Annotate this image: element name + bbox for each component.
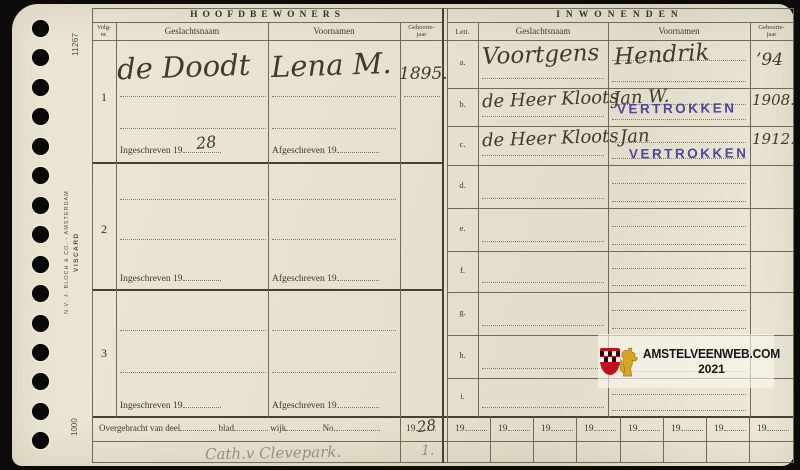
vertrokken-stamp-c: VERTROKKEN	[629, 145, 749, 161]
inw-firstnames-c: Jan	[619, 125, 650, 148]
dotted-guide-line	[612, 81, 746, 82]
grid-line	[490, 417, 491, 463]
entry-firstnames-1: Lena M.	[270, 46, 392, 84]
dotted-leader	[551, 422, 573, 431]
dotted-guide-line	[482, 116, 604, 117]
footer-year-value: 28	[416, 416, 437, 436]
col-header-birthyear-right: Geboorte- jaar	[750, 24, 793, 38]
watermark-text: AMSTELVEENWEB.COM 2021	[640, 347, 783, 376]
dotted-leader	[180, 422, 216, 431]
dotted-guide-line	[612, 119, 746, 120]
year-cell-text: 19	[671, 424, 681, 434]
lett-e: e.	[447, 223, 478, 233]
afgeschreven-text-3: Afgeschreven 19	[272, 401, 337, 411]
ingeschreven-text-1: Ingeschreven 19	[120, 146, 183, 156]
grid-line	[533, 417, 534, 463]
punch-hole	[32, 256, 49, 273]
col-header-surname-left: Geslachtsnaam	[116, 26, 268, 36]
dotted-guide-line	[272, 128, 396, 129]
watermark-year: 2021	[640, 362, 783, 376]
year-cell-8: 19	[757, 422, 789, 434]
dotted-guide-line	[120, 128, 266, 129]
volgnr-3: 3	[92, 346, 116, 361]
lett-g: g.	[447, 307, 478, 317]
col-header-birthyear-left: Geboorte- jaar	[400, 24, 443, 38]
dotted-guide-line	[482, 241, 604, 242]
dotted-guide-line	[612, 244, 746, 245]
col-header-volgnr-line2: nr.	[101, 31, 108, 38]
volgnr-2: 2	[92, 222, 116, 237]
dotted-guide-line	[612, 328, 746, 329]
punch-hole	[32, 226, 49, 243]
lett-a: a.	[447, 57, 478, 67]
lett-d: d.	[447, 180, 478, 190]
lett-h: h.	[447, 350, 478, 360]
dotted-guide-line	[404, 96, 440, 97]
inw-birthyear-c: 1912.	[752, 130, 795, 148]
col-header-volgnr-line1: Volg-	[97, 24, 111, 31]
dotted-guide-line	[482, 282, 604, 283]
year-cell-4: 19	[584, 422, 616, 434]
col-header-birthyear-left-line1: Geboorte-	[408, 24, 434, 31]
punch-hole	[32, 285, 49, 302]
grid-line	[447, 22, 793, 23]
dotted-guide-line	[120, 239, 266, 240]
year-cell-text: 19	[498, 424, 508, 434]
section-title-inwonenden: INWONENDEN	[447, 10, 793, 20]
grid-line	[793, 8, 794, 463]
col-header-firstnames-right: Voornamen	[608, 26, 750, 36]
grid-line	[620, 417, 621, 463]
grid-line	[268, 22, 269, 417]
inw-birthyear-a: ’94	[756, 50, 783, 70]
year-cell-5: 19	[628, 422, 660, 434]
printer-imprint: N.V. J. BLOCH & CO. - AMSTERDAM	[64, 186, 70, 318]
watermark: AMSTELVEENWEB.COM 2021	[598, 334, 774, 388]
year-cell-7: 19	[714, 422, 746, 434]
dotted-guide-line	[272, 330, 396, 331]
year-cell-text: 19	[541, 424, 551, 434]
year-cell-text: 19	[757, 424, 767, 434]
dotted-guide-line	[482, 155, 604, 156]
col-header-surname-right: Geslachtsnaam	[478, 26, 608, 36]
year-cell-6: 19	[671, 422, 703, 434]
volgnr-1: 1	[92, 90, 116, 105]
wijk-label: wijk	[270, 423, 286, 433]
blad-label: blad	[219, 423, 235, 433]
afgeschreven-label-3: Afgeschreven 19	[272, 399, 379, 411]
dotted-leader	[234, 422, 268, 431]
grid-line	[447, 208, 793, 209]
dotted-guide-line	[612, 226, 746, 227]
footer-year-prefix: 19	[406, 424, 416, 434]
grid-line	[447, 165, 793, 166]
dotted-guide-line	[272, 96, 396, 97]
dotted-guide-line	[120, 199, 266, 200]
punch-hole	[32, 79, 49, 96]
dotted-leader	[183, 272, 221, 281]
punch-hole	[32, 138, 49, 155]
col-header-lett: Lett.	[447, 27, 478, 36]
dotted-leader	[508, 422, 530, 431]
dotted-guide-line	[120, 372, 266, 373]
grid-line	[447, 251, 793, 252]
col-header-birthyear-right-line1: Geboorte-	[758, 24, 784, 31]
dotted-leader	[337, 144, 379, 153]
dotted-leader	[638, 422, 660, 431]
printer-name: VISCARD	[73, 220, 80, 284]
col-header-firstnames-left: Voornamen	[268, 26, 400, 36]
punch-hole	[32, 344, 49, 361]
dotted-guide-line	[612, 183, 746, 184]
year-cell-text: 19	[714, 424, 724, 434]
dotted-guide-line	[120, 96, 266, 97]
dotted-leader	[336, 422, 380, 431]
lett-i: i.	[447, 391, 478, 401]
year-cell-text: 19	[455, 424, 465, 434]
dotted-guide-line	[482, 198, 604, 199]
dotted-guide-line	[272, 199, 396, 200]
dotted-guide-line	[612, 410, 746, 411]
grid-line	[706, 417, 707, 463]
dotted-leader	[594, 422, 616, 431]
lett-c: c.	[447, 139, 478, 149]
afgeschreven-text-1: Afgeschreven 19	[272, 146, 337, 156]
grid-line	[749, 417, 750, 463]
punch-hole	[32, 315, 49, 332]
grid-line	[447, 292, 793, 293]
ingeschreven-label-1: Ingeschreven 19	[120, 144, 221, 156]
shield-checker-band	[600, 357, 620, 362]
inw-birthyear-b: 1908.	[752, 91, 795, 109]
ingeschreven-text-2: Ingeschreven 19	[120, 274, 183, 284]
grid-line	[663, 417, 664, 463]
entry-surname-1: de Doodt	[116, 48, 250, 87]
grid-line	[400, 22, 401, 463]
scanned-register-card: 11267 N.V. J. BLOCH & CO. - AMSTERDAM VI…	[0, 0, 800, 470]
dotted-leader	[724, 422, 746, 431]
section-title-hoofdbewoners: HOOFDBEWONERS	[92, 10, 443, 20]
dotted-guide-line	[272, 372, 396, 373]
lett-b: b.	[447, 99, 478, 109]
afgeschreven-text-2: Afgeschreven 19	[272, 274, 337, 284]
inw-firstnames-a: Hendrik	[613, 40, 710, 71]
punch-hole	[32, 20, 49, 37]
dotted-leader	[681, 422, 703, 431]
amstelveen-coat-of-arms-icon	[600, 348, 620, 375]
serial-number-bottom: 1000	[70, 404, 79, 436]
dotted-guide-line	[612, 394, 746, 395]
ingeschreven-label-2: Ingeschreven 19	[120, 272, 221, 284]
col-header-birthyear-left-line2: jaar	[417, 31, 427, 38]
year-cell-1: 19	[455, 422, 487, 434]
pencil-address-note: Cath.v Clevepark.	[205, 443, 341, 463]
ingeschreven-label-3: Ingeschreven 19	[120, 399, 221, 411]
pencil-house-number: 1.	[421, 443, 434, 459]
lett-f: f.	[447, 265, 478, 275]
inw-surname-a: Voortgens	[482, 40, 600, 70]
col-header-volgnr: Volg- nr.	[92, 24, 116, 38]
shield-checker-band	[600, 351, 620, 356]
dotted-leader	[337, 399, 379, 408]
afgeschreven-label-1: Afgeschreven 19	[272, 144, 379, 156]
dotted-leader	[183, 399, 221, 408]
dotted-leader	[183, 144, 221, 153]
dotted-guide-line	[482, 368, 604, 369]
grid-line	[576, 417, 577, 463]
dotted-guide-line	[272, 239, 396, 240]
dotted-guide-line	[482, 407, 604, 408]
dotted-leader	[337, 272, 379, 281]
dotted-leader	[286, 422, 320, 431]
dotted-leader	[465, 422, 487, 431]
grid-line	[478, 22, 479, 417]
dotted-leader	[767, 422, 789, 431]
afgeschreven-label-2: Afgeschreven 19	[272, 272, 379, 284]
punch-hole	[32, 197, 49, 214]
footer-overgebracht-row: Overgebracht van deel blad wijk No.	[99, 422, 380, 433]
year-cell-text: 19	[628, 424, 638, 434]
year-cell-3: 19	[541, 422, 573, 434]
col-header-birthyear-right-line2: jaar	[767, 31, 777, 38]
dotted-guide-line	[482, 325, 604, 326]
year-cell-text: 19	[584, 424, 594, 434]
dotted-guide-line	[612, 285, 746, 286]
no-label: No.	[323, 423, 336, 433]
dotted-guide-line	[120, 330, 266, 331]
dotted-guide-line	[612, 201, 746, 202]
ingeschreven-text-3: Ingeschreven 19	[120, 401, 183, 411]
year-cell-2: 19	[498, 422, 530, 434]
dotted-guide-line	[612, 310, 746, 311]
entry-birthyear-1: 1895.	[399, 64, 448, 84]
dotted-guide-line	[482, 78, 604, 79]
vertrokken-stamp-b: VERTROKKEN	[617, 100, 737, 116]
overgebracht-label: Overgebracht van deel	[99, 423, 180, 433]
punch-hole	[32, 403, 49, 420]
serial-number-top: 11267	[70, 8, 80, 56]
dotted-guide-line	[612, 268, 746, 269]
watermark-site: AMSTELVEENWEB.COM	[643, 347, 780, 361]
